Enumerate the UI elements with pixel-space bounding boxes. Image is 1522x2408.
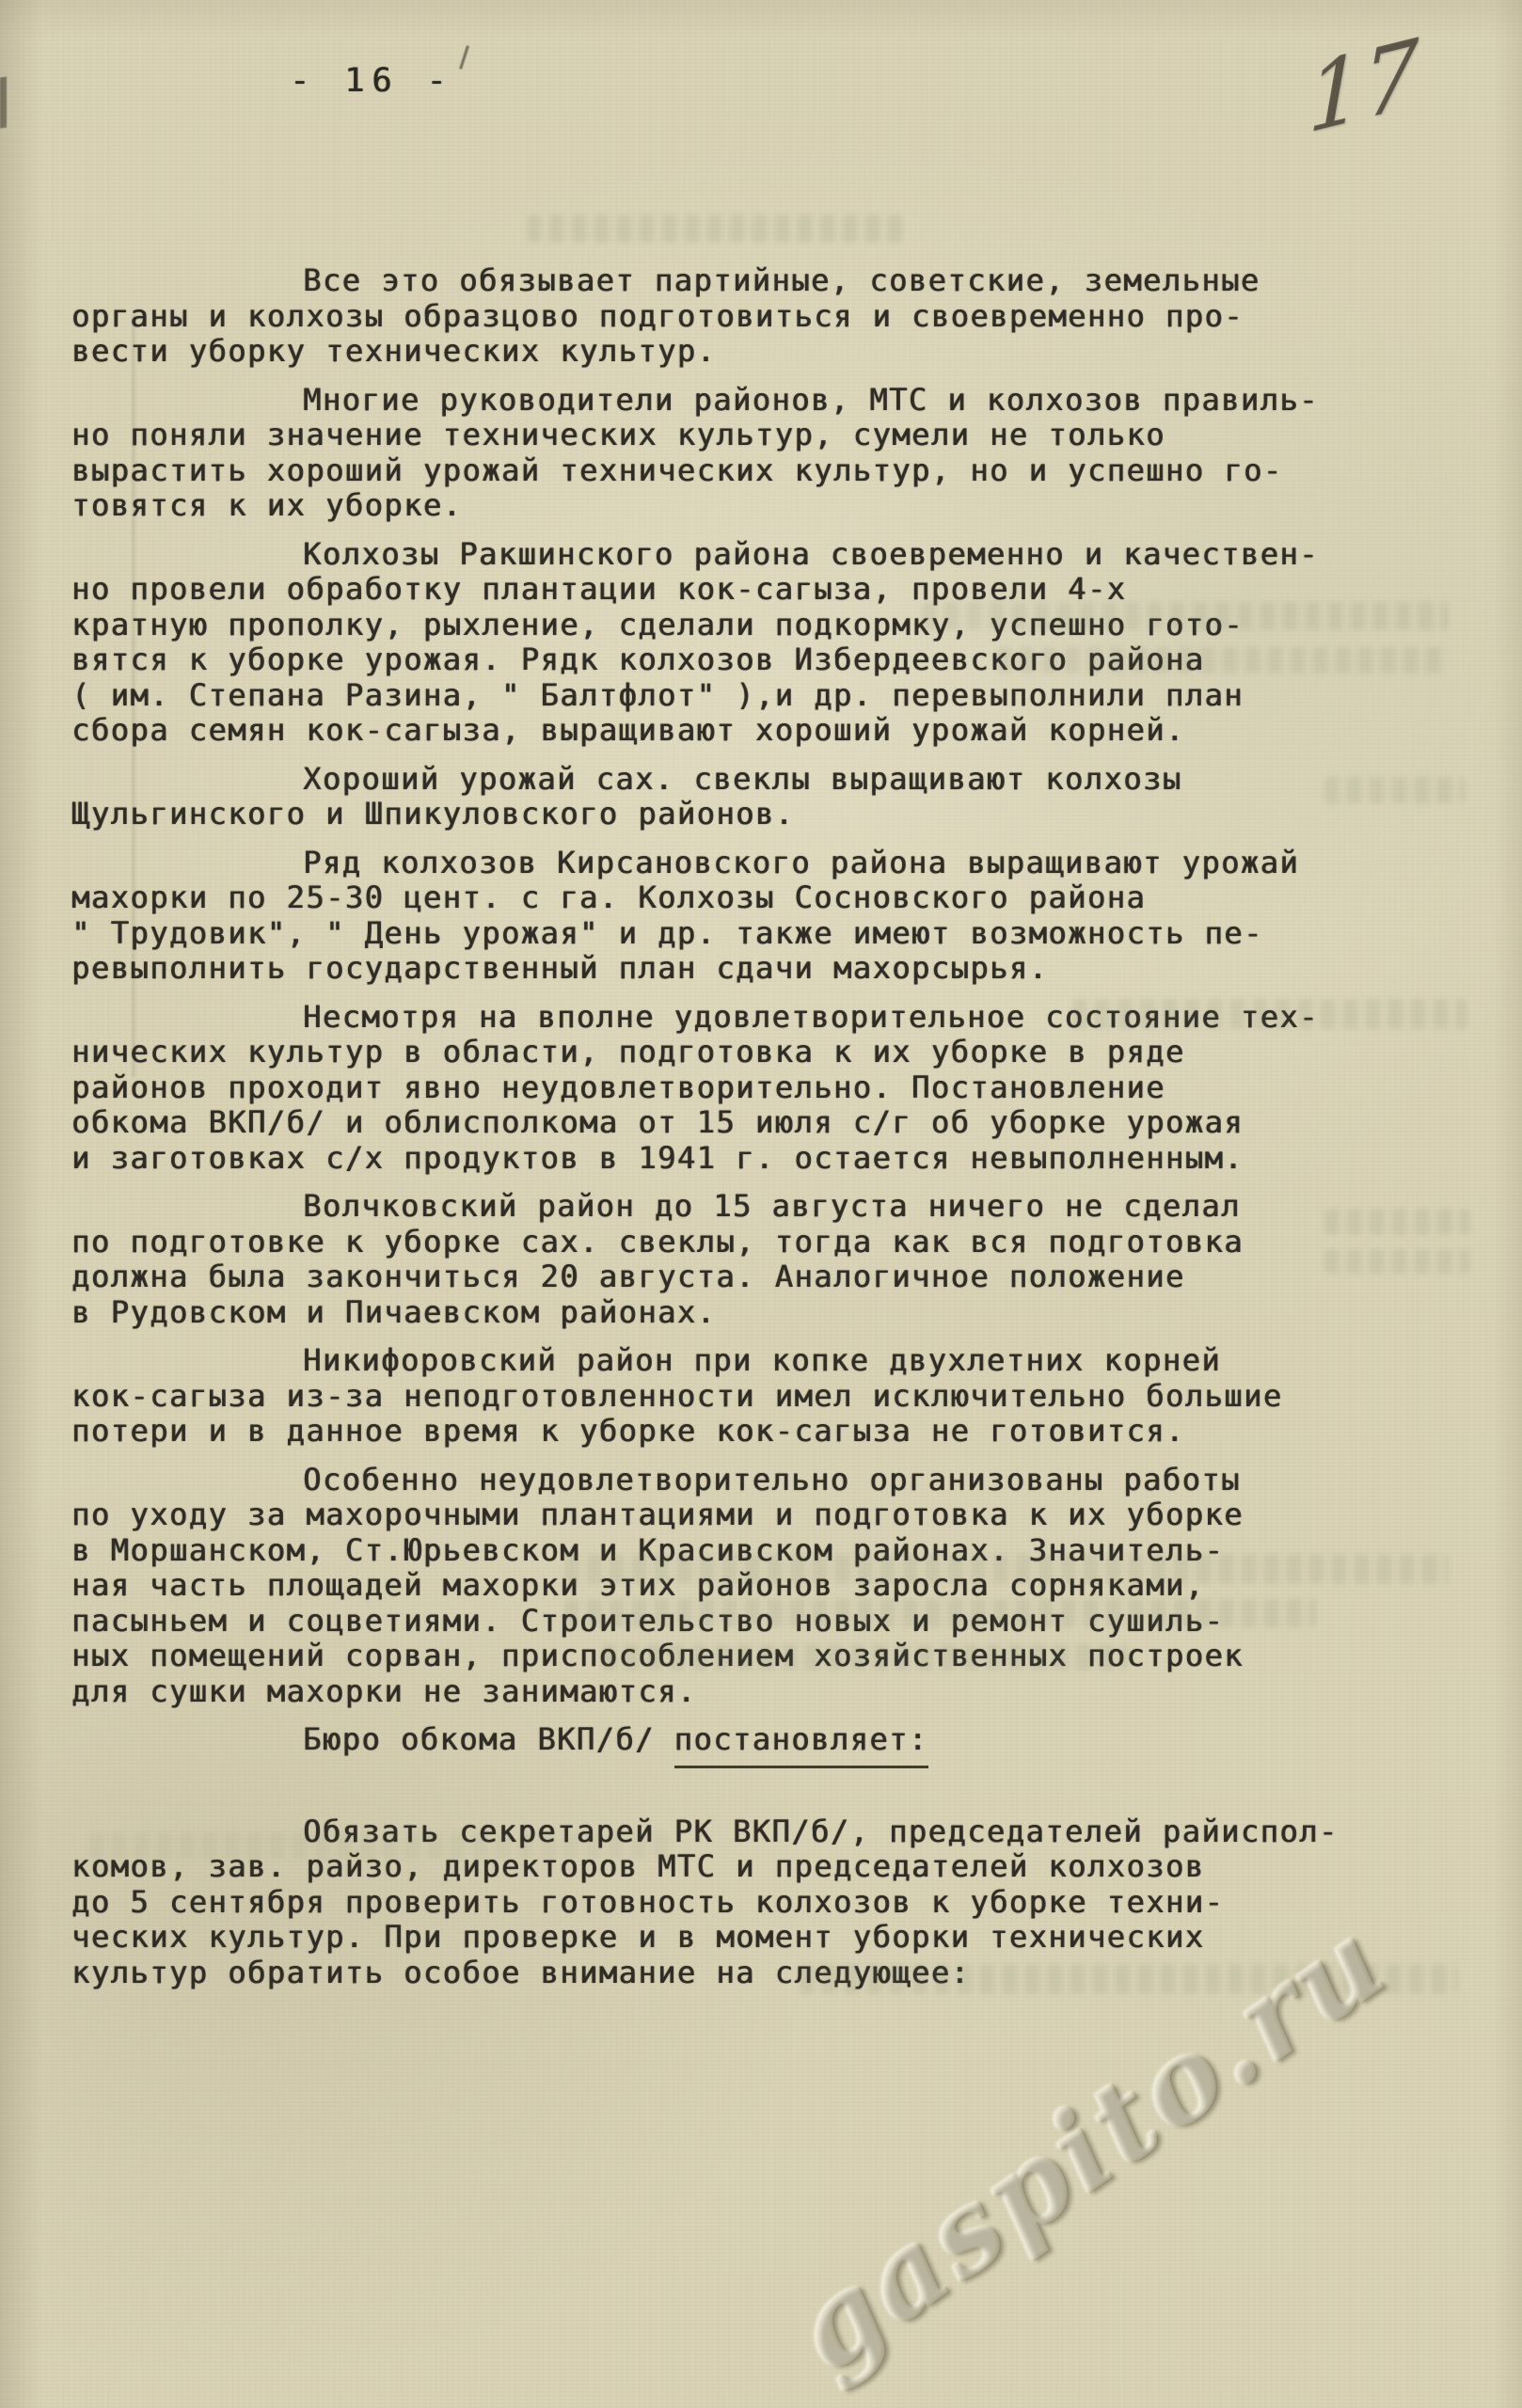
paragraph: Все это обязывает партийные, советские, … [71, 263, 1475, 370]
handwritten-page-mark: 17 [1308, 19, 1419, 155]
paper-edge-mark [0, 77, 7, 129]
bleed-through-smudge [602, 1644, 1129, 1671]
paragraph: Ряд колхозов Кирсановского района выращи… [71, 846, 1475, 987]
bleed-through-smudge [527, 214, 903, 243]
resolution-heading: Бюро обкома ВКП/б/ постановляет: [71, 1722, 1475, 1758]
bleed-through-smudge [1324, 1209, 1470, 1235]
paragraph: Хороший урожай сах. свеклы выращивают ко… [71, 762, 1475, 832]
scanned-document-page: - 16 - 17 Все это обязывает партийные, с… [0, 0, 1522, 2408]
paragraph: Колхозы Ракшинского района своевременно … [71, 537, 1475, 749]
bleed-through-smudge [1072, 999, 1467, 1029]
bleed-through-smudge [89, 1832, 673, 1859]
page-number: - 16 - [290, 62, 453, 100]
paragraph: Особенно неудовлетворительно организован… [71, 1463, 1475, 1710]
stray-ink-mark [459, 45, 469, 70]
document-body: Все это обязывает партийные, советские, … [71, 263, 1475, 2004]
bleed-through-smudge [997, 647, 1449, 673]
bleed-through-smudge [1324, 777, 1466, 803]
bleed-through-smudge [922, 602, 1449, 630]
underlined-text: постановляет: [674, 1721, 928, 1768]
bleed-through-smudge [564, 1554, 1449, 1584]
paragraph: Многие руководители районов, МТС и колхо… [71, 383, 1475, 524]
bleed-through-smudge [564, 1599, 1317, 1627]
paragraph: Никифоровский район при копке двухлетних… [71, 1343, 1475, 1450]
bleed-through-smudge [1324, 1249, 1470, 1274]
paragraph: Волчковский район до 15 августа ничего н… [71, 1189, 1475, 1330]
